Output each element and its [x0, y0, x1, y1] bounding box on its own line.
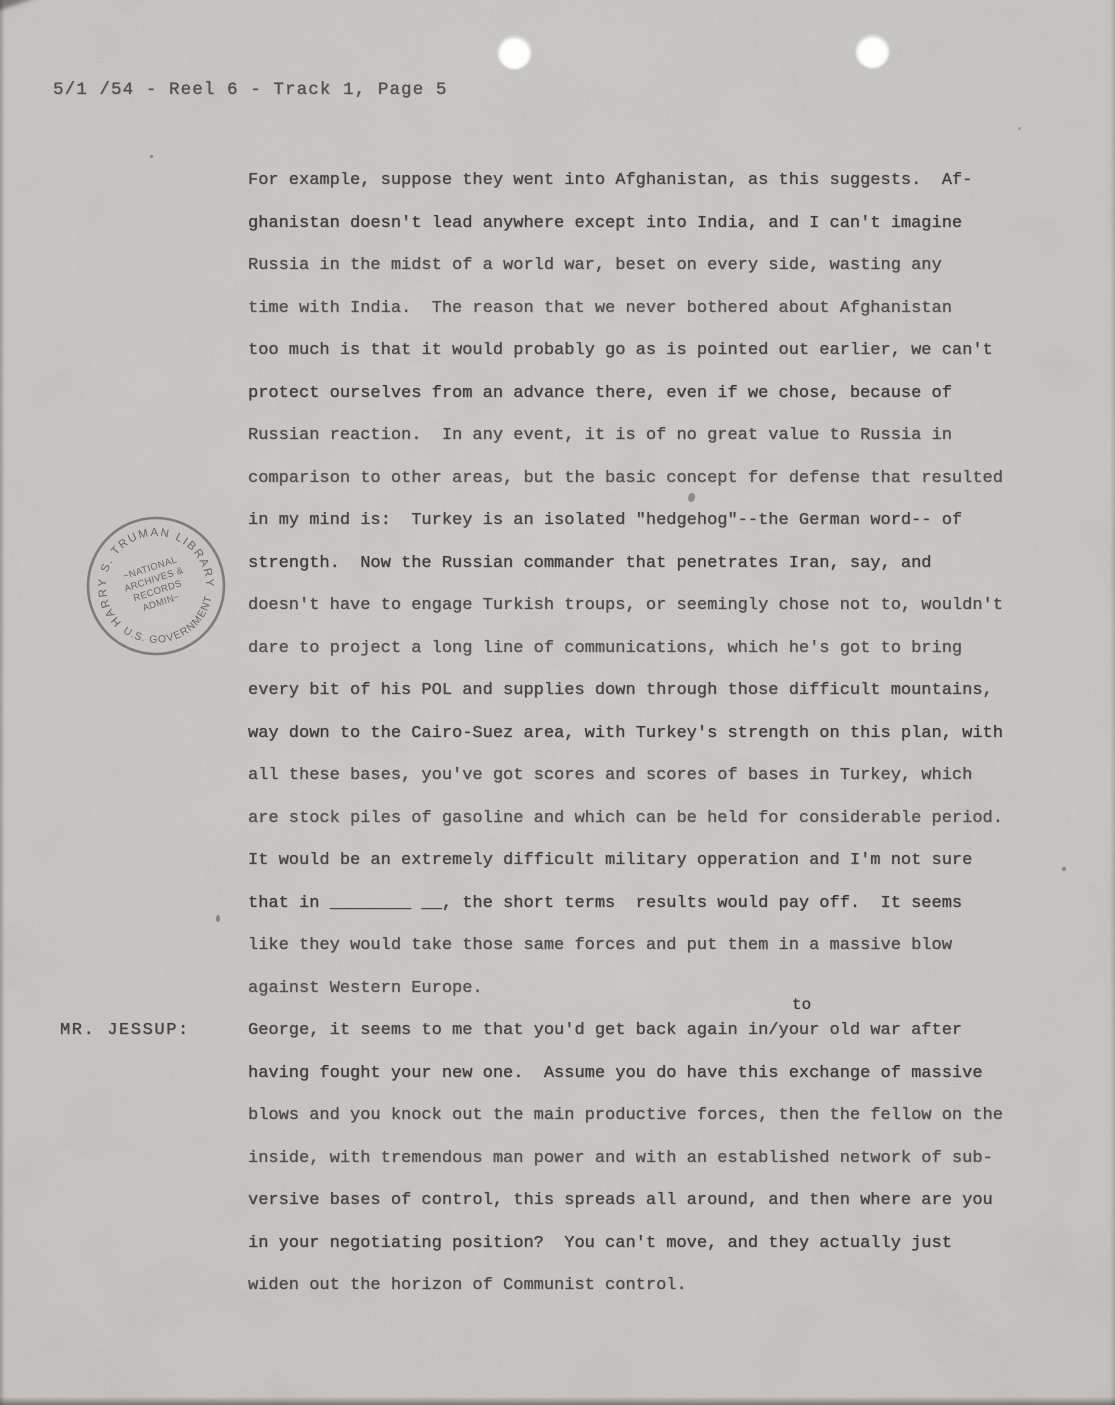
transcript-text: dare to project a long line of communica…	[248, 639, 962, 658]
transcript-text: Russian reaction. In any event, it is of…	[248, 426, 952, 445]
transcript-line: strength. Now the Russian commander that…	[248, 543, 1078, 586]
transcript-text: every bit of his POL and supplies down t…	[248, 681, 993, 700]
transcript-line: Russia in the midst of a world war, bese…	[248, 245, 1078, 288]
transcript-line: in my mind is: Turkey is an isolated "he…	[248, 500, 1078, 543]
transcript-text: that in ________ __, the short terms res…	[248, 894, 962, 913]
scan-edge-left	[0, 0, 5, 1405]
transcript-line: like they would take those same forces a…	[248, 925, 1078, 968]
transcript-line: against Western Europe.	[248, 968, 1078, 1011]
typed-insertion-word: to	[792, 996, 811, 1014]
archive-stamp-graphic: HARRY S. TRUMAN LIBRARY U.S. GOVERNMENT …	[78, 508, 234, 664]
transcript-text: inside, with tremendous man power and wi…	[248, 1149, 993, 1168]
paper-speck	[326, 83, 329, 86]
page-header: 5/1 /54 - Reel 6 - Track 1, Page 5	[53, 80, 447, 100]
transcript-text: comparison to other areas, but the basic…	[248, 469, 1003, 488]
transcript-line: that in ________ __, the short terms res…	[248, 883, 1078, 926]
transcript-text: protect ourselves from an advance there,…	[248, 384, 952, 403]
transcript-text: way down to the Cairo-Suez area, with Tu…	[248, 724, 1003, 743]
transcript-line: inside, with tremendous man power and wi…	[248, 1138, 1078, 1181]
transcript-text: Russia in the midst of a world war, bese…	[248, 256, 942, 275]
transcript-text: against Western Europe.	[248, 979, 483, 998]
transcript-line: versive bases of control, this spreads a…	[248, 1180, 1078, 1223]
transcript-text: having fought your new one. Assume you d…	[248, 1064, 983, 1083]
transcript-text: ghanistan doesn't lead anywhere except i…	[248, 214, 962, 233]
paper-speck	[150, 155, 153, 158]
transcript-text: too much is that it would probably go as…	[248, 341, 993, 360]
transcript-text: George, it seems to me that you'd get ba…	[248, 1021, 962, 1040]
transcript-line: too much is that it would probably go as…	[248, 330, 1078, 373]
transcript-line: widen out the horizon of Communist contr…	[248, 1265, 1078, 1308]
transcript-line: dare to project a long line of communica…	[248, 628, 1078, 671]
transcript-line: ghanistan doesn't lead anywhere except i…	[248, 203, 1078, 246]
scan-edge-bottom	[0, 1397, 1115, 1405]
paper-speck	[1062, 867, 1066, 871]
transcript-line: are stock piles of gasoline and which ca…	[248, 798, 1078, 841]
transcript-text: are stock piles of gasoline and which ca…	[248, 809, 1003, 828]
transcript-text: widen out the horizon of Communist contr…	[248, 1276, 687, 1295]
transcript-line: For example, suppose they went into Afgh…	[248, 160, 1078, 203]
transcript-body: For example, suppose they went into Afgh…	[248, 160, 1078, 1308]
scanned-document-page: 5/1 /54 - Reel 6 - Track 1, Page 5 For e…	[0, 0, 1115, 1405]
scan-corner-shadow	[0, 0, 40, 12]
punch-hole-right	[856, 35, 889, 68]
punch-hole-left	[498, 36, 531, 69]
transcript-line: having fought your new one. Assume you d…	[248, 1053, 1078, 1096]
transcript-line: comparison to other areas, but the basic…	[248, 458, 1078, 501]
transcript-text: blows and you knock out the main product…	[248, 1106, 1003, 1125]
transcript-text: strength. Now the Russian commander that…	[248, 554, 932, 573]
transcript-line: all these bases, you've got scores and s…	[248, 755, 1078, 798]
transcript-line: way down to the Cairo-Suez area, with Tu…	[248, 713, 1078, 756]
transcript-text: in your negotiating position? You can't …	[248, 1234, 952, 1253]
transcript-line: blows and you knock out the main product…	[248, 1095, 1078, 1138]
transcript-line: It would be an extremely difficult milit…	[248, 840, 1078, 883]
transcript-line: every bit of his POL and supplies down t…	[248, 670, 1078, 713]
transcript-text: It would be an extremely difficult milit…	[248, 851, 972, 870]
transcript-line: Russian reaction. In any event, it is of…	[248, 415, 1078, 458]
transcript-text: versive bases of control, this spreads a…	[248, 1191, 993, 1210]
transcript-text: For example, suppose they went into Afgh…	[248, 171, 972, 190]
transcript-text: in my mind is: Turkey is an isolated "he…	[248, 511, 962, 530]
transcript-line: protect ourselves from an advance there,…	[248, 373, 1078, 416]
speaker-label: MR. JESSUP:	[60, 1010, 190, 1053]
paper-speck	[216, 915, 220, 922]
transcript-text: time with India. The reason that we neve…	[248, 299, 952, 318]
transcript-line: in your negotiating position? You can't …	[248, 1223, 1078, 1266]
transcript-text: all these bases, you've got scores and s…	[248, 766, 972, 785]
paper-speck	[1018, 127, 1021, 130]
transcript-line: MR. JESSUP:George, it seems to me that y…	[248, 1010, 1078, 1053]
scan-edge-right	[1110, 0, 1115, 1405]
transcript-line: doesn't have to engage Turkish troups, o…	[248, 585, 1078, 628]
archive-stamp: HARRY S. TRUMAN LIBRARY U.S. GOVERNMENT …	[78, 508, 234, 664]
transcript-text: like they would take those same forces a…	[248, 936, 952, 955]
transcript-line: time with India. The reason that we neve…	[248, 288, 1078, 331]
transcript-text: doesn't have to engage Turkish troups, o…	[248, 596, 1003, 615]
